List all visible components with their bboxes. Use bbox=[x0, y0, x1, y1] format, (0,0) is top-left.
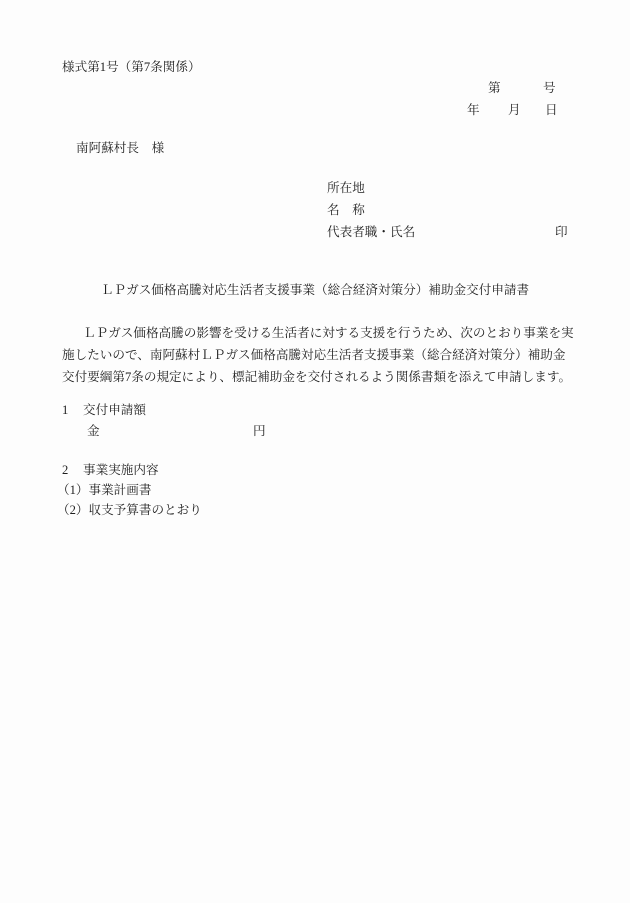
doc-number-prefix: 第 bbox=[488, 81, 501, 97]
date-month-label: 月 bbox=[508, 103, 521, 119]
seal-label: 印 bbox=[555, 225, 568, 241]
body-line: ＬＰガス価格高騰の影響を受ける生活者に対する支援を行うため、次のとおり事業を実 bbox=[62, 326, 591, 342]
document-title: ＬＰガス価格高騰対応生活者支援事業（総合経済対策分）補助金交付申請書 bbox=[0, 283, 630, 299]
section-1-title: 交付申請額 bbox=[83, 403, 146, 419]
date-day-label: 日 bbox=[545, 103, 558, 119]
section-2-title: 事業実施内容 bbox=[83, 463, 159, 479]
date-year-label: 年 bbox=[467, 103, 480, 119]
form-number: 様式第1号（第7条関係） bbox=[62, 60, 201, 76]
section-2-item: （2）収支予算書のとおり bbox=[57, 503, 202, 519]
amount-prefix-label: 金 bbox=[87, 424, 100, 440]
doc-number-suffix: 号 bbox=[543, 81, 556, 97]
addressee: 南阿蘇村長 様 bbox=[76, 141, 164, 157]
section-2-number: 2 bbox=[62, 463, 68, 479]
body-line: 施したいので、南阿蘇村ＬＰガス価格高騰対応生活者支援事業（総合経済対策分）補助金 bbox=[62, 348, 570, 364]
applicant-representative-label: 代表者職・氏名 bbox=[327, 225, 415, 241]
applicant-name-label: 名 称 bbox=[327, 203, 365, 219]
application-form-page: 様式第1号（第7条関係） 第 号 年 月 日 南阿蘇村長 様 所在地 名 称 代… bbox=[0, 0, 630, 903]
amount-suffix-label: 円 bbox=[253, 424, 266, 440]
section-2-item: （1）事業計画書 bbox=[57, 483, 151, 499]
section-1-number: 1 bbox=[62, 403, 68, 419]
body-line: 交付要綱第7条の規定により、標記補助金を交付されるよう関係書類を添えて申請します… bbox=[62, 370, 570, 386]
applicant-address-label: 所在地 bbox=[327, 181, 365, 197]
